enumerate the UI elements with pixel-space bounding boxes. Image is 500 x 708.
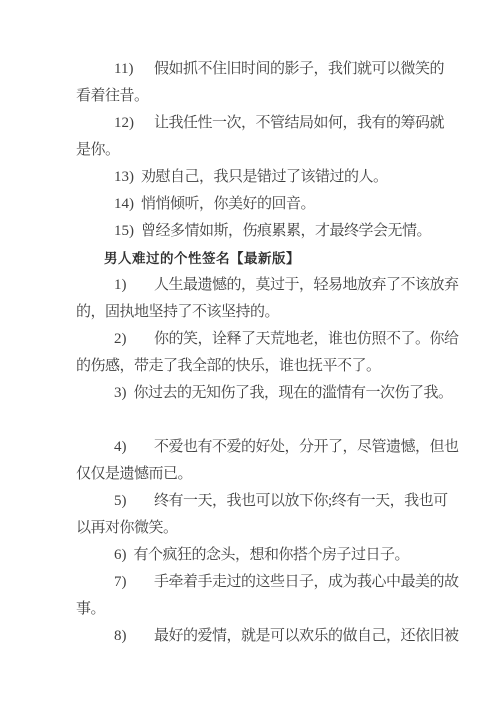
list-item-line: 3)你过去的无知伤了我，现在的滥情有一次伤了我。 <box>76 380 490 407</box>
item-text: 最好的爱情，就是可以欢乐的做自己，还依旧被 <box>154 628 459 644</box>
list-item-line: 2)你的笑，诠释了天荒地老，谁也仿照不了。你给 <box>76 326 490 353</box>
continuation-line: 的，固执地坚持了不该坚持的。 <box>76 299 490 326</box>
item-text: 曾经多情如斯，伤痕累累，才最终学会无情。 <box>141 223 431 239</box>
list-item-line: 5)终有一天，我也可以放下你;终有一天，我也可 <box>76 488 490 515</box>
continuation-line: 的伤感，带走了我全部的快乐，谁也抚平不了。 <box>76 353 490 380</box>
continuation-line: 事。 <box>76 596 490 623</box>
item-text: 悄悄倾听，你美好的回音。 <box>141 196 315 212</box>
item-text: 终有一天，我也可以放下你;终有一天，我也可 <box>154 493 448 509</box>
item-text: 让我任性一次，不管结局如何，我有的筹码就 <box>154 115 444 131</box>
list-item-line: 13)劝慰自己，我只是错过了该错过的人。 <box>76 164 490 191</box>
item-number: 1) <box>114 272 154 299</box>
continuation-line: 是你。 <box>76 137 490 164</box>
list-item-line: 1)人生最遗憾的，莫过于，轻易地放弃了不该放弃 <box>76 272 490 299</box>
item-number: 11) <box>114 56 154 83</box>
section-heading: 男人难过的个性签名【最新版】 <box>76 245 490 272</box>
item-number: 12) <box>114 110 154 137</box>
item-number: 5) <box>114 488 154 515</box>
item-text: 人生最遗憾的，莫过于，轻易地放弃了不该放弃 <box>154 277 459 293</box>
blank-line <box>76 407 490 434</box>
item-number: 14) <box>114 196 134 212</box>
continuation-line: 仅仅是遗憾而已。 <box>76 461 490 488</box>
item-text: 不爱也有不爱的好处，分开了，尽管遗憾，但也 <box>154 439 459 455</box>
item-text: 假如抓不住旧时间的影子，我们就可以微笑的 <box>154 61 444 77</box>
list-item-line: 11)假如抓不住旧时间的影子，我们就可以微笑的 <box>76 56 490 83</box>
item-text: 你过去的无知伤了我，现在的滥情有一次伤了我。 <box>134 385 453 401</box>
item-text: 你的笑，诠释了天荒地老，谁也仿照不了。你给 <box>154 331 459 347</box>
item-number: 2) <box>114 326 154 353</box>
item-text: 劝慰自己，我只是错过了该错过的人。 <box>141 169 388 185</box>
list-item-line: 14)悄悄倾听，你美好的回音。 <box>76 191 490 218</box>
item-text: 手牵着手走过的这些日子，成为莪心中最美的故 <box>154 574 459 590</box>
item-number: 7) <box>114 569 154 596</box>
continuation-line: 以再对你微笑。 <box>76 515 490 542</box>
list-item-line: 6)有个疯狂的念头，想和你搭个房子过日子。 <box>76 542 490 569</box>
list-item-line: 8)最好的爱情，就是可以欢乐的做自己，还依旧被 <box>76 623 490 650</box>
text-block: 11)假如抓不住旧时间的影子，我们就可以微笑的看着往昔。12)让我任性一次，不管… <box>76 56 490 650</box>
list-item-line: 7)手牵着手走过的这些日子，成为莪心中最美的故 <box>76 569 490 596</box>
list-item-line: 12)让我任性一次，不管结局如何，我有的筹码就 <box>76 110 490 137</box>
item-number: 3) <box>114 385 127 401</box>
item-number: 13) <box>114 169 134 185</box>
item-text: 有个疯狂的念头，想和你搭个房子过日子。 <box>134 547 410 563</box>
item-number: 4) <box>114 434 154 461</box>
item-number: 15) <box>114 223 134 239</box>
list-item-line: 4)不爱也有不爱的好处，分开了，尽管遗憾，但也 <box>76 434 490 461</box>
item-number: 8) <box>114 623 154 650</box>
continuation-line: 看着往昔。 <box>76 83 490 110</box>
list-item-line: 15)曾经多情如斯，伤痕累累，才最终学会无情。 <box>76 218 490 245</box>
document-page: 11)假如抓不住旧时间的影子，我们就可以微笑的看着往昔。12)让我任性一次，不管… <box>0 0 500 708</box>
item-number: 6) <box>114 547 127 563</box>
